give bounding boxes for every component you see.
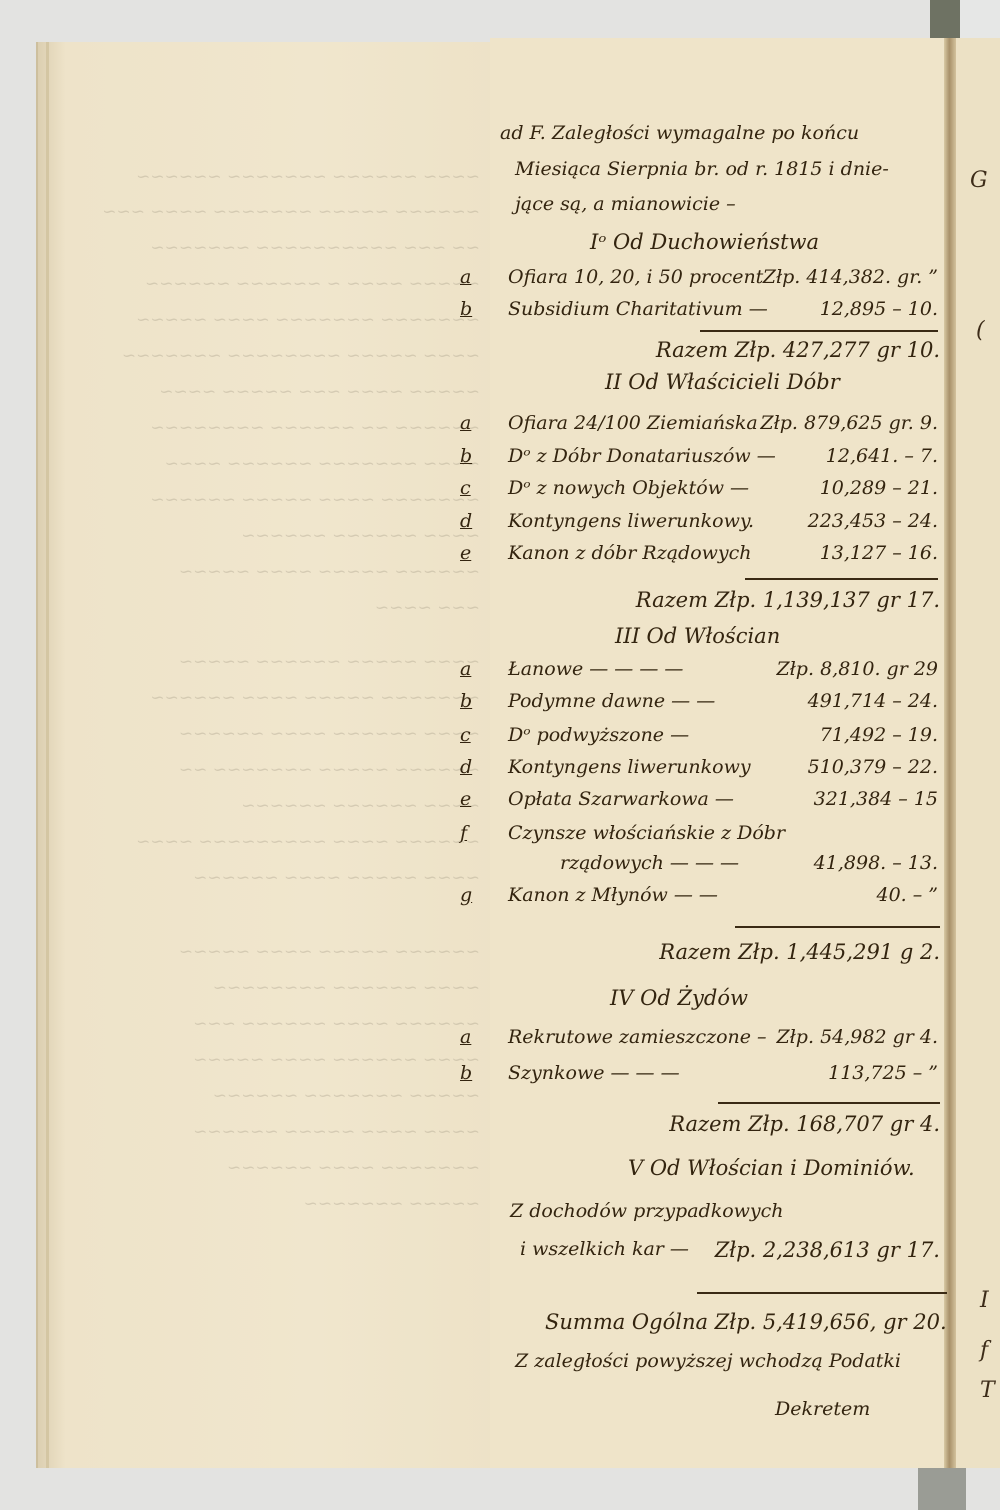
section-heading-5: V Od Włościan i Dominiów. (628, 1156, 915, 1180)
ledger-row: d Kontyngens liwerunkowy. 223,453 – 24. (460, 510, 938, 542)
row-mark: a (460, 266, 488, 288)
row-label: Ofiara 10, 20, i 50 procent (508, 266, 763, 288)
fragment-text: f (980, 1338, 988, 1363)
section-5-amount: Złp. 2,238,613 gr 17. (715, 1238, 940, 1262)
row-amount: 41,898. – 13. (814, 852, 938, 874)
ledger-row: a Ofiara 10, 20, i 50 procent Złp. 414,3… (460, 266, 938, 298)
bleed-through-text: ~~~~~~ ~~ ~~~~~~ ~~~~~~~~ (98, 418, 480, 438)
ledger-row: e Kanon z dóbr Rządowych 13,127 – 16. (460, 542, 938, 574)
row-amount: 12,641. – 7. (826, 445, 938, 467)
intro-line-2: Miesiąca Sierpnia br. od r. 1815 i dnie- (515, 158, 945, 180)
bleed-through-text: ~~~~ ~~~~~~ ~~~~ ~~~~~ (98, 1050, 480, 1070)
row-amount: 510,379 – 22. (808, 756, 938, 778)
row-amount: 13,127 – 16. (820, 542, 938, 564)
row-mark: c (460, 724, 488, 746)
row-amount: 54,982 gr 4. (820, 1026, 938, 1048)
row-amount: 414,382. gr. ” (806, 266, 938, 288)
row-amount: 879,625 gr. 9. (804, 412, 938, 434)
fragment-text: I (980, 1288, 989, 1313)
row-mark: b (460, 445, 488, 467)
fragment-text: G (970, 168, 988, 193)
row-label: Kanon z dóbr Rządowych (508, 542, 752, 564)
total-rule (745, 578, 938, 580)
fragment-text: T (980, 1378, 995, 1403)
bleed-through-text: ~~~~~ ~~~~~~~ (98, 1194, 480, 1214)
row-mark: g (460, 884, 488, 906)
next-page-edge: G ( I f T (956, 38, 1000, 1468)
section-heading-4: IV Od Żydów (610, 986, 748, 1010)
bleed-through-text: ~~~~~~ ~~~~~ ~~~~ ~~~~~ (98, 942, 480, 962)
row-label: Rekrutowe zamieszczone – (508, 1026, 767, 1048)
bleed-through-text: ~~~~~~ ~~~~~ ~~~~~~~ ~~~~ ~~~ (98, 202, 480, 222)
row-amount: 71,492 – 19. (820, 724, 938, 746)
closing-line: Z zaległości powyższej wchodzą Podatki (515, 1350, 945, 1372)
row-label: Opłata Szarwarkowa — (508, 788, 734, 810)
row-currency: Złp. (776, 1026, 814, 1048)
bleed-through-text: ~~~~ ~~~~~ ~~~~ ~~~~~~ (98, 868, 480, 888)
total-rule (718, 1102, 940, 1104)
row-mark: f (460, 822, 488, 844)
row-mark: b (460, 690, 488, 712)
page-edge (46, 42, 49, 1468)
ledger-row: b Dᵒ z Dóbr Donatariuszów — 12,641. – 7. (460, 445, 938, 477)
left-facing-page: ~~~~ ~~~~~~ ~~~~~~~ ~~~~~~ ~~~~~~ ~~~~~ … (36, 42, 500, 1468)
row-mark: b (460, 1062, 488, 1084)
row-amount: 10,289 – 21. (820, 477, 938, 499)
row-mark: a (460, 1026, 488, 1048)
section-total-2: Razem Złp. 1,139,137 gr 17. (636, 588, 940, 612)
section-total-4: Razem Złp. 168,707 gr 4. (669, 1112, 940, 1136)
ledger-row: g Kanon z Młynów — — 40. – ” (460, 884, 938, 916)
row-amount: 40. – ” (876, 884, 938, 906)
bleed-through-text: ~~~~ ~~~~~~ ~~~~~~ (98, 796, 480, 816)
row-mark: d (460, 510, 488, 532)
bleed-through-text: ~~~~~~~ ~~~~~~~ ~~~~ ~~~~~ (98, 310, 480, 330)
row-currency: Złp. (763, 266, 801, 288)
row-currency: Złp. (776, 658, 814, 680)
ledger-row: a Ofiara 24/100 Ziemiańska Złp. 879,625 … (460, 412, 938, 444)
grand-total: Summa Ogólna Złp. 5,419,656, gr 20. (545, 1310, 975, 1334)
ledger-row: c Dᵒ podwyższone — 71,492 – 19. (460, 724, 938, 756)
binding-clip-bottom (918, 1468, 966, 1510)
bleed-through-text: ~~ ~~~ ~~~~~~~~~~ ~~~~~~~ (98, 238, 480, 258)
bleed-through-text: ~~~~~~ ~~~~ ~~~~~~~~~ ~~~~ (98, 832, 480, 852)
ledger-row: f Czynsze włościańskie z Dóbr (460, 822, 938, 854)
section-5-line-1: Z dochodów przypadkowych (510, 1200, 940, 1222)
total-rule (700, 330, 938, 332)
grand-total-rule (697, 1292, 947, 1294)
row-amount: 491,714 – 24. (808, 690, 938, 712)
bleed-through-text: ~~~ ~~~~ (98, 598, 480, 618)
intro-line-1: ad F. Zaległości wymagalne po końcu (500, 122, 930, 144)
row-mark: a (460, 412, 488, 434)
row-label: Dᵒ podwyższone — (508, 724, 689, 746)
section-heading-1: Iᵒ Od Duchowieństwa (590, 230, 819, 254)
row-amount: 223,453 – 24. (808, 510, 938, 532)
section-total-3: Razem Złp. 1,445,291 g 2. (659, 940, 940, 964)
bleed-through-text: ~~~~~ ~~~~~~~ ~~~~~~ (98, 1086, 480, 1106)
ledger-row: d Kontyngens liwerunkowy 510,379 – 22. (460, 756, 938, 788)
row-label: Ofiara 24/100 Ziemiańska (508, 412, 758, 434)
row-label: Dᵒ z Dóbr Donatariuszów — (508, 445, 776, 467)
bleed-through-text: ~~~~~ ~~~~ ~~~ ~~~~~ ~~~~ (98, 382, 480, 402)
bleed-through-text: ~~~~~~~ ~~~~ ~~~~~~ (98, 1158, 480, 1178)
ledger-row: b Subsidium Charitativum — 12,895 – 10. (460, 298, 938, 330)
ledger-row: b Podymne dawne — — 491,714 – 24. (460, 690, 938, 722)
row-label: Szynkowe — — — (508, 1062, 680, 1084)
row-label: Subsidium Charitativum — (508, 298, 768, 320)
page-fold (944, 38, 956, 1468)
row-amount: 321,384 – 15 (814, 788, 938, 810)
fragment-text: ( (976, 318, 985, 343)
section-total-1: Razem Złp. 427,277 gr 10. (656, 338, 940, 362)
row-amount: 113,725 – ” (828, 1062, 938, 1084)
total-rule (735, 926, 940, 928)
bleed-through-text: ~~~~~~ ~~~~~ ~~~~ ~~~~~ (98, 562, 480, 582)
row-label: Kontyngens liwerunkowy (508, 756, 751, 778)
row-mark: e (460, 542, 488, 564)
row-mark: c (460, 477, 488, 499)
bleed-through-text: ~~~~ ~~~~~~ ~~~~~~~ ~~~~~~ (98, 167, 480, 187)
row-mark: b (460, 298, 488, 320)
row-label: Czynsze włościańskie z Dóbr (508, 822, 785, 844)
bleed-through-text: ~~~~ ~~~~~~ ~~~~ ~~~~~~ (98, 724, 480, 744)
row-label: Kontyngens liwerunkowy. (508, 510, 754, 532)
bleed-through-text: ~~~~~~~ ~~~~ ~~~~~ ~~~~~~ (98, 490, 480, 510)
ledger-row: c Dᵒ z nowych Objektów — 10,289 – 21. (460, 477, 938, 509)
bleed-through-text: ~~~~ ~~~~~ ~~~~~~~~ ~~~~~~~ (98, 346, 480, 366)
bleed-through-text: ~~~~~ ~~~~ ~ ~~~~~~ ~~~~~~ (98, 274, 480, 294)
ledger-row: e Opłata Szarwarkowa — 321,384 – 15 (460, 788, 938, 820)
row-mark: d (460, 756, 488, 778)
row-currency: Złp. (760, 412, 798, 434)
bleed-through-text: ~~~~ ~~~~~~~ ~~~~~~ ~~~~ (98, 454, 480, 474)
section-5-line-2: i wszelkich kar — (520, 1238, 720, 1260)
row-amount: 12,895 – 10. (820, 298, 938, 320)
ledger-row: b Szynkowe — — — 113,725 – ” (460, 1062, 938, 1094)
bleed-through-text: ~~~~~~ ~~~~ ~~~~~~ ~~~ (98, 1014, 480, 1034)
row-label: Podymne dawne — — (508, 690, 715, 712)
section-heading-2: II Od Właścicieli Dóbr (605, 370, 840, 394)
bleed-through-text: ~~~~ ~~~~~~ ~~~~~~ (98, 526, 480, 546)
catchword: Dekretem (775, 1398, 925, 1420)
row-mark: a (460, 658, 488, 680)
row-amount: 8,810. gr 29 (820, 658, 938, 680)
row-label-continued: rządowych — — — (560, 852, 739, 874)
row-label: Kanon z Młynów — — (508, 884, 718, 906)
bleed-through-text: ~~~~~~ ~~~~~ ~~~~~~~ ~~ (98, 760, 480, 780)
section-heading-3: III Od Włościan (615, 624, 780, 648)
bleed-through-text: ~~~~~~~ ~~~~~ ~~~~ ~~~~~~ (98, 688, 480, 708)
row-label: Łanowe — — — — (508, 658, 683, 680)
row-mark: e (460, 788, 488, 810)
bleed-through-text: ~~~~ ~~~~ ~~~~~ ~~~~~~ (98, 1122, 480, 1142)
row-label: Dᵒ z nowych Objektów — (508, 477, 749, 499)
ledger-row: a Rekrutowe zamieszczone – Złp. 54,982 g… (460, 1026, 938, 1058)
intro-line-3: jące są, a mianowicie – (515, 193, 945, 215)
ledger-row-continued: rządowych — — — 41,898. – 13. (460, 852, 938, 884)
bleed-through-text: ~~~~ ~~~~~ ~~~~~~ ~~~~~ (98, 652, 480, 672)
bleed-through-text: ~~~~ ~~~~~~ ~~~~~~~~ (98, 978, 480, 998)
ledger-row: a Łanowe — — — — Złp. 8,810. gr 29 (460, 658, 938, 690)
